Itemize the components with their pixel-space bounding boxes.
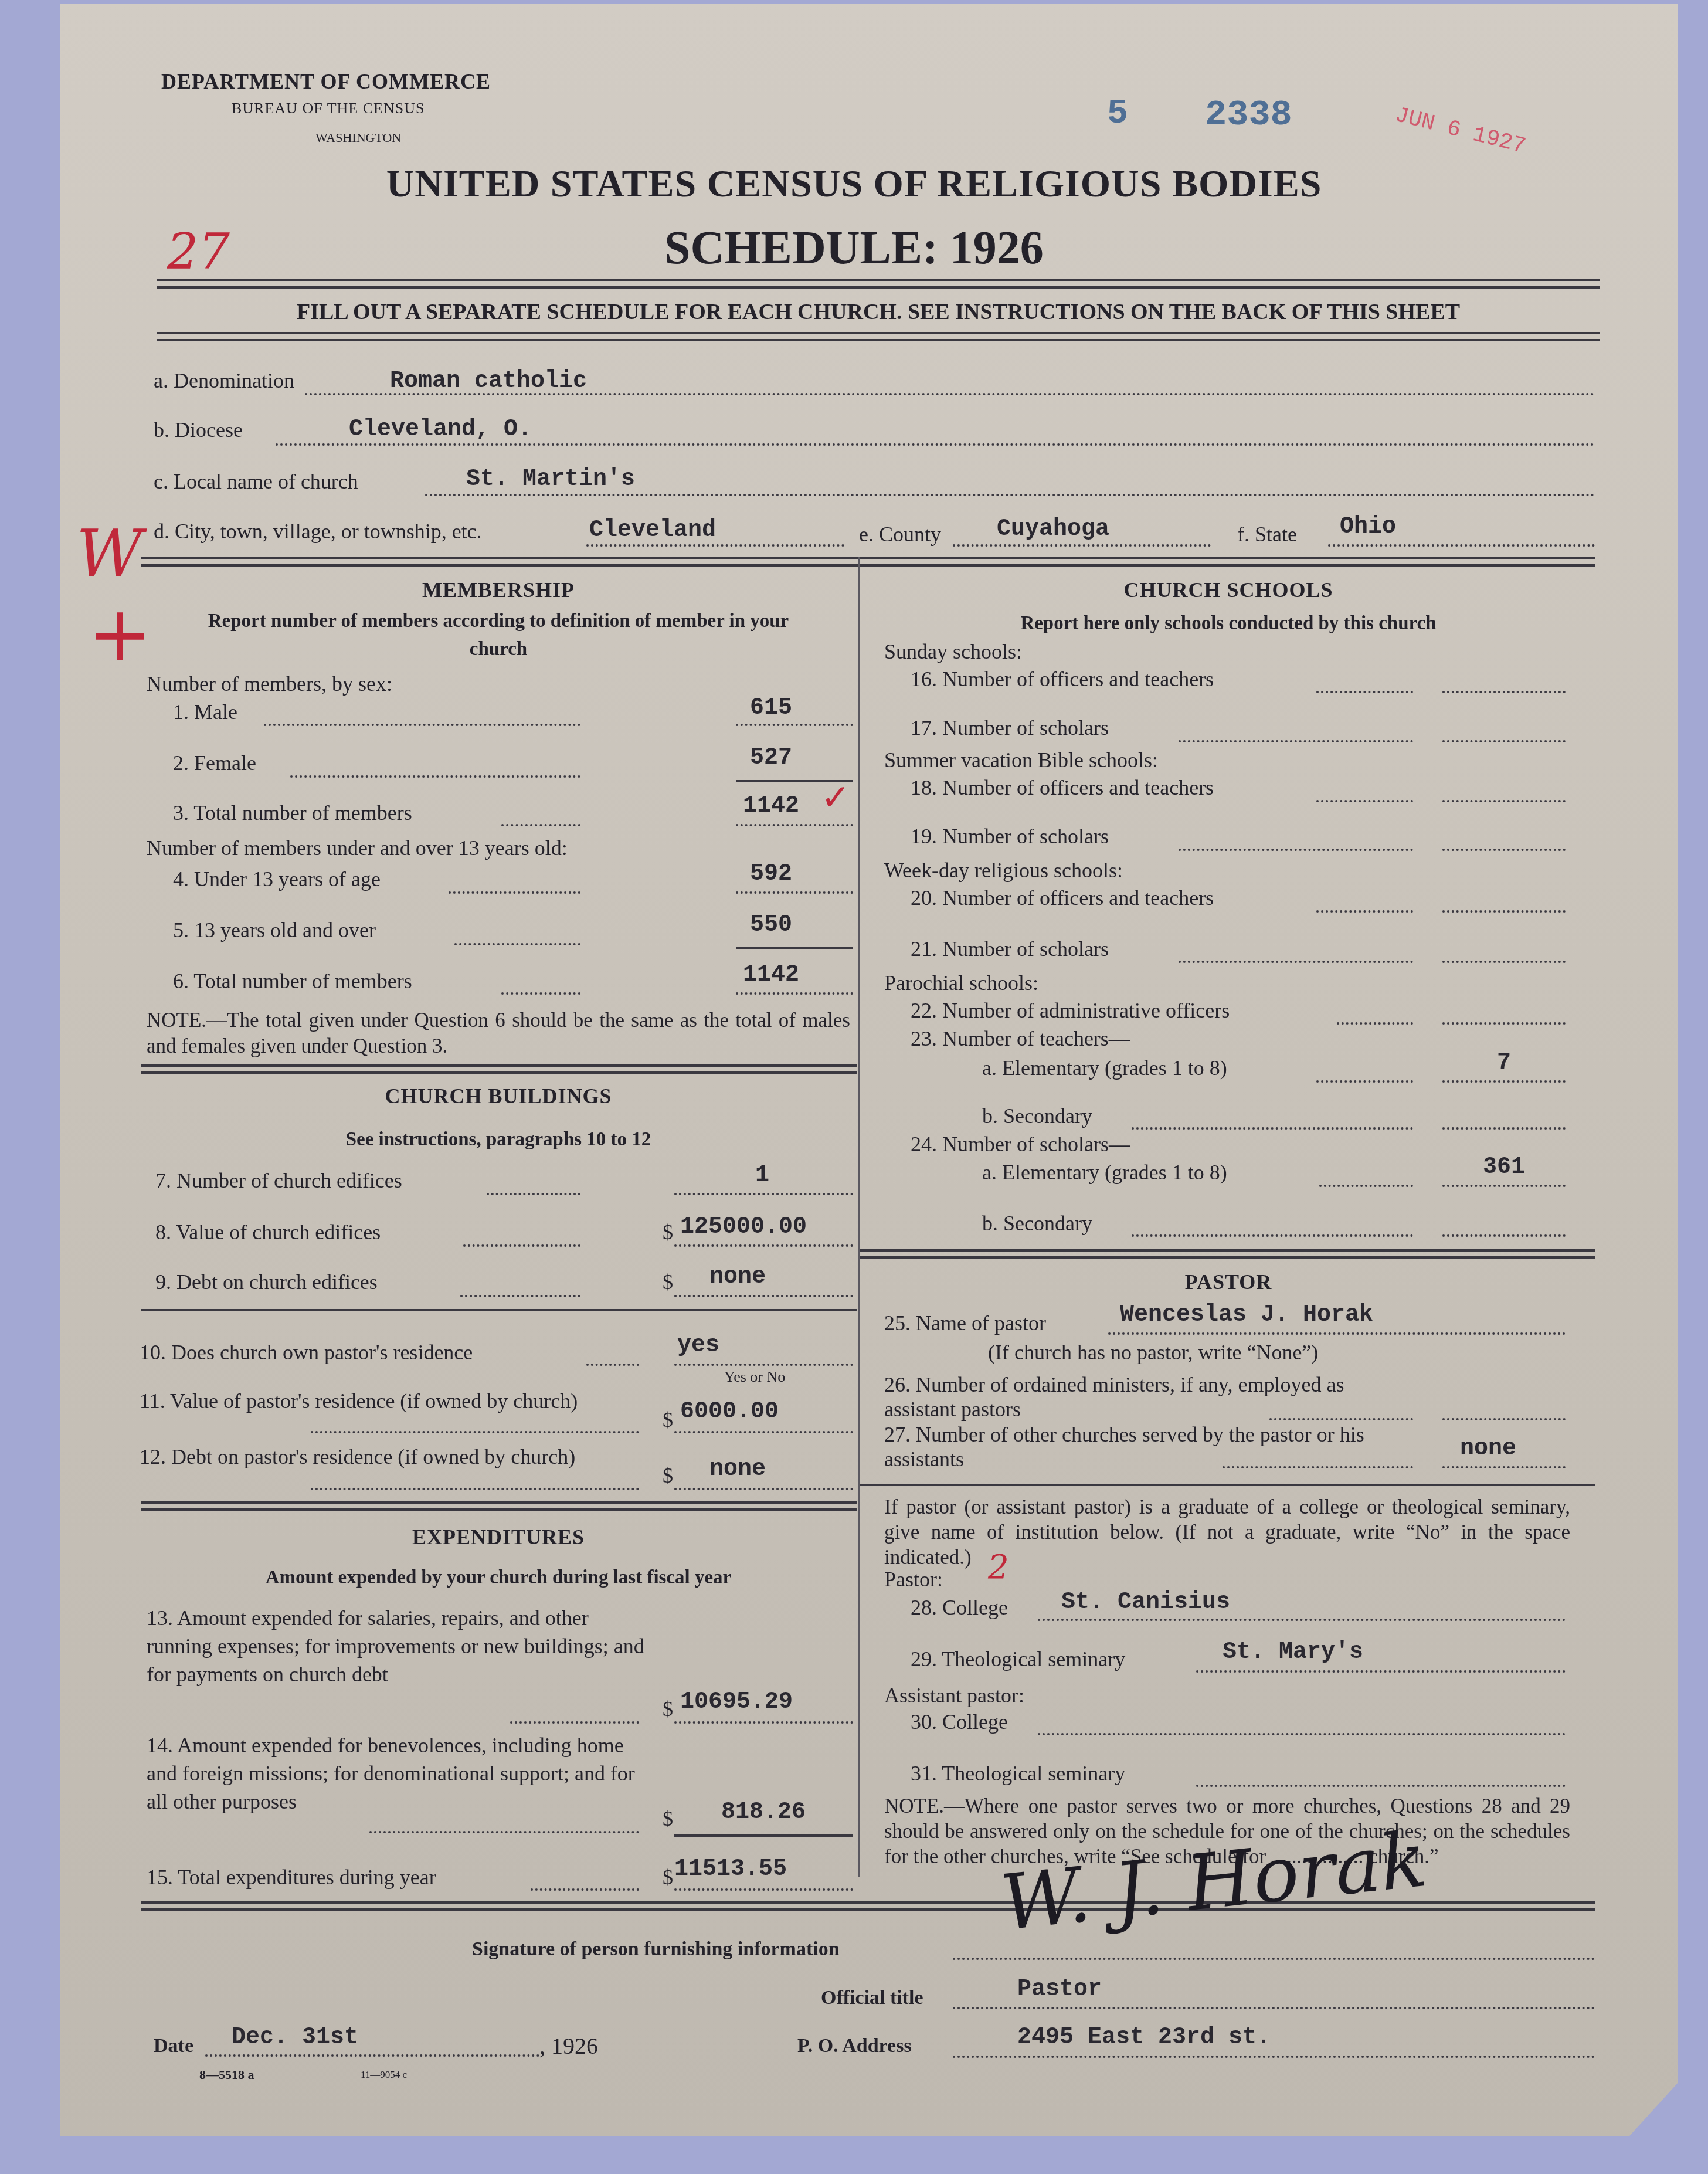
q9-dollar: $ [663, 1270, 673, 1294]
q13-running-expenses-field[interactable]: 10695.29 [680, 1689, 793, 1715]
q3-label: 3. Total number of members [173, 801, 412, 825]
q23a-label: a. Elementary (grades 1 to 8) [982, 1056, 1227, 1080]
city-label: d. City, town, village, or township, etc… [154, 519, 482, 544]
q2-female-field[interactable]: 527 [712, 745, 830, 771]
q9-line [674, 1295, 853, 1297]
year-label: , 1926 [539, 2032, 598, 2060]
form-number: 8—5518 a [199, 2067, 254, 2083]
q12-residence-debt-field[interactable]: none [709, 1456, 766, 1483]
po-address-line [953, 2056, 1595, 2058]
summer-schools-label: Summer vacation Bible schools: [884, 748, 1158, 772]
q7-edifices-field[interactable]: 1 [674, 1162, 850, 1189]
po-address-label: P. O. Address [797, 2035, 912, 2057]
q27-label: 27. Number of other churches served by t… [884, 1422, 1400, 1471]
column-divider [858, 557, 860, 1877]
q2-label: 2. Female [173, 751, 256, 775]
q9-leader [460, 1295, 580, 1297]
q24-label: 24. Number of scholars— [911, 1132, 1130, 1156]
q19-label: 19. Number of scholars [911, 824, 1109, 849]
pastor-subsection-label: Pastor: [884, 1567, 943, 1592]
date-label: Date [154, 2035, 193, 2057]
q4-leader [449, 891, 580, 894]
q20-label: 20. Number of officers and teachers [911, 886, 1214, 910]
local-name-field[interactable]: St. Martin's [466, 466, 635, 493]
print-number: 11—9054 c [361, 2069, 407, 2081]
red-margin-mark-plus: + [88, 589, 152, 679]
q23b-field [1442, 1127, 1566, 1130]
q23-label: 23. Number of teachers— [911, 1026, 1130, 1051]
q31-seminary-field[interactable] [1196, 1785, 1566, 1787]
q2-leader [290, 775, 580, 778]
q28-label: 28. College [911, 1595, 1008, 1620]
q20-leader [1316, 910, 1413, 913]
po-address-field[interactable]: 2495 East 23rd st. [1017, 2024, 1271, 2051]
q1-label: 1. Male [173, 700, 237, 724]
q21-field [1442, 961, 1566, 963]
q27-leader [1223, 1466, 1413, 1468]
q28-college-field[interactable]: St. Canisius [1061, 1589, 1230, 1616]
q20-field [1442, 910, 1566, 913]
q6-line [736, 992, 853, 995]
q7-line [674, 1193, 853, 1195]
q28-line [1038, 1619, 1566, 1621]
parochial-schools-label: Parochial schools: [884, 971, 1038, 995]
schedule-year: SCHEDULE: 1926 [0, 222, 1708, 275]
q10-label: 10. Does church own pastor's residence [140, 1340, 473, 1365]
q16-leader [1316, 691, 1413, 693]
state-line [1328, 544, 1595, 547]
red-checkmark: ✓ [821, 777, 850, 818]
q30-college-field[interactable] [1038, 1733, 1566, 1735]
q14-benevolences-field[interactable]: 818.26 [721, 1799, 806, 1826]
q10-owns-residence-field[interactable]: yes [677, 1332, 719, 1359]
q5-over13-field[interactable]: 550 [712, 912, 830, 938]
q29-line [1196, 1670, 1566, 1673]
q12-label: 12. Debt on pastor's residence (if owned… [140, 1443, 650, 1471]
q17-field [1442, 740, 1566, 742]
bureau-city: WASHINGTON [315, 130, 401, 145]
q8-label: 8. Value of church edifices [155, 1220, 381, 1244]
q18-leader [1316, 800, 1413, 802]
q3-leader [501, 824, 580, 826]
q8-leader [463, 1244, 580, 1247]
membership-note: NOTE.—The total given under Question 6 s… [147, 1008, 850, 1059]
q26-leader [1269, 1418, 1413, 1420]
q13-dollar: $ [663, 1697, 673, 1721]
county-line [953, 544, 1211, 547]
q29-seminary-field[interactable]: St. Mary's [1223, 1639, 1363, 1666]
expenditures-heading: EXPENDITURES [141, 1525, 856, 1549]
q11-residence-value[interactable]: 6000.00 [680, 1399, 779, 1425]
q8-value-field[interactable]: 125000.00 [680, 1214, 807, 1240]
schools-subheading: Report here only schools conducted by th… [862, 613, 1595, 635]
city-line [586, 544, 844, 547]
q24a-elementary-scholars-field[interactable]: 361 [1442, 1154, 1566, 1181]
q22-leader [1337, 1022, 1413, 1025]
local-name-line [425, 494, 1595, 496]
diocese-field[interactable]: Cleveland, O. [349, 416, 532, 443]
q14-sum-rule [674, 1834, 853, 1837]
q5-leader [454, 943, 580, 945]
q16-field [1442, 691, 1566, 693]
by-sex-label: Number of members, by sex: [147, 671, 392, 696]
signature-label: Signature of person furnishing informati… [472, 1938, 840, 1961]
buildings-subheading: See instructions, paragraphs 10 to 12 [141, 1129, 856, 1151]
q11-leader [311, 1431, 639, 1433]
membership-rule [141, 1064, 857, 1074]
q27-other-churches-field[interactable]: none [1460, 1436, 1516, 1462]
q1-leader [264, 724, 580, 726]
department-name: DEPARTMENT OF COMMERCE [161, 69, 491, 94]
red-pencil-mark-2: 2 [988, 1548, 1009, 1586]
bureau-name: BUREAU OF THE CENSUS [232, 100, 425, 117]
weekday-schools-label: Week-day religious schools: [884, 858, 1123, 883]
date-field[interactable]: Dec. 31st [232, 2024, 358, 2051]
official-title-label: Official title [821, 1987, 923, 2009]
header-rule [157, 279, 1600, 289]
q25-label: 25. Name of pastor [884, 1311, 1046, 1335]
q12-leader [311, 1488, 639, 1490]
q12-line [674, 1488, 853, 1490]
q22-label: 22. Number of administrative officers [911, 998, 1230, 1023]
q14-leader [369, 1831, 639, 1833]
q26-field [1442, 1418, 1566, 1420]
county-field[interactable]: Cuyahoga [997, 516, 1109, 542]
q15-leader [531, 1888, 639, 1891]
q1-line [736, 724, 853, 726]
red-pencil-mark-27: 27 [167, 223, 230, 280]
q13-leader [510, 1721, 639, 1724]
stamp-prefix: 5 [1107, 94, 1128, 134]
q13-label: 13. Amount expended for salaries, repair… [147, 1604, 651, 1688]
q24a-leader [1319, 1185, 1413, 1187]
q26-label: 26. Number of ordained ministers, if any… [884, 1372, 1400, 1422]
buildings-rule [141, 1501, 857, 1511]
q5-sum-rule [736, 947, 853, 949]
pastor-mid-rule [860, 1484, 1595, 1486]
instruction-banner: FILL OUT A SEPARATE SCHEDULE FOR EACH CH… [157, 299, 1600, 325]
q23a-line [1442, 1080, 1566, 1083]
q3-total-field[interactable]: 1142 [712, 793, 830, 819]
q8-line [674, 1244, 853, 1247]
q14-label: 14. Amount expended for benevolences, in… [147, 1731, 651, 1816]
state-label: f. State [1237, 522, 1297, 547]
q18-field [1442, 800, 1566, 802]
q24b-leader [1132, 1234, 1413, 1237]
pastor-heading: PASTOR [862, 1270, 1595, 1294]
official-title-line [953, 2007, 1595, 2009]
state-field[interactable]: Ohio [1340, 514, 1396, 540]
q8-dollar: $ [663, 1220, 673, 1244]
schools-rule [860, 1249, 1595, 1259]
q3-line [736, 824, 853, 826]
q24a-line [1442, 1185, 1566, 1187]
yes-or-no-hint: Yes or No [724, 1368, 785, 1386]
q25-hint: (If church has no pastor, write “None”) [988, 1340, 1318, 1365]
q10-leader [586, 1364, 639, 1366]
q23a-leader [1316, 1080, 1413, 1083]
q13-line [674, 1721, 853, 1724]
q15-total-expenditures-field[interactable]: 11513.55 [674, 1856, 787, 1883]
q4-line [736, 891, 853, 894]
q24b-label: b. Secondary [982, 1211, 1092, 1236]
red-margin-mark-w: W [76, 516, 142, 591]
header-rule-bottom [157, 332, 1600, 341]
q9-label: 9. Debt on church edifices [155, 1270, 378, 1294]
q11-line [674, 1431, 853, 1433]
buildings-heading: CHURCH BUILDINGS [141, 1084, 856, 1108]
local-name-label: c. Local name of church [154, 469, 358, 494]
q23b-label: b. Secondary [982, 1104, 1092, 1128]
q6-label: 6. Total number of members [173, 969, 412, 993]
q24b-field [1442, 1234, 1566, 1237]
q19-field [1442, 849, 1566, 851]
q24a-label: a. Elementary (grades 1 to 8) [982, 1160, 1227, 1185]
buildings-mid-rule [141, 1309, 857, 1311]
q7-label: 7. Number of church edifices [155, 1168, 402, 1193]
assistant-pastor-label: Assistant pastor: [884, 1683, 1024, 1708]
q11-dollar: $ [663, 1407, 673, 1432]
signature-line [953, 1958, 1595, 1960]
q25-line [1108, 1332, 1566, 1335]
q15-line [674, 1888, 853, 1891]
identification-rule [141, 557, 1595, 567]
denomination-field[interactable]: Roman catholic [390, 368, 587, 395]
q4-under13-field[interactable]: 592 [712, 861, 830, 887]
q16-label: 16. Number of officers and teachers [911, 667, 1214, 691]
diocese-label: b. Diocese [154, 418, 243, 442]
q29-label: 29. Theological seminary [911, 1647, 1125, 1671]
date-line [205, 2054, 539, 2057]
county-label: e. County [859, 522, 941, 547]
sunday-schools-label: Sunday schools: [884, 639, 1022, 664]
q10-line [674, 1364, 853, 1366]
by-age-label: Number of members under and over 13 year… [147, 836, 568, 860]
q1-male-field[interactable]: 615 [712, 695, 830, 721]
q21-leader [1179, 961, 1413, 963]
q23b-leader [1132, 1127, 1413, 1130]
q27-line [1442, 1466, 1566, 1468]
membership-subheading: Report number of members according to de… [199, 607, 797, 663]
q17-label: 17. Number of scholars [911, 715, 1109, 740]
q4-label: 4. Under 13 years of age [173, 867, 381, 891]
q6-total-field[interactable]: 1142 [712, 962, 830, 988]
diocese-line [276, 443, 1595, 446]
q18-label: 18. Number of officers and teachers [911, 775, 1214, 800]
membership-heading: MEMBERSHIP [141, 578, 856, 602]
q5-label: 5. 13 years old and over [173, 918, 376, 942]
city-field[interactable]: Cleveland [589, 517, 716, 544]
denomination-label: a. Denomination [154, 368, 294, 393]
q14-dollar: $ [663, 1806, 673, 1831]
q19-leader [1179, 849, 1413, 851]
q15-label: 15. Total expenditures during year [147, 1865, 436, 1890]
q11-label: 11. Value of pastor's residence (if owne… [140, 1387, 650, 1415]
graduate-instructions: If pastor (or assistant pastor) is a gra… [884, 1494, 1570, 1570]
q21-label: 21. Number of scholars [911, 937, 1109, 961]
stamp-number: 2338 [1205, 94, 1292, 135]
q7-leader [487, 1193, 580, 1195]
q30-label: 30. College [911, 1710, 1008, 1734]
expenditures-subheading: Amount expended by your church during la… [141, 1567, 856, 1589]
q9-debt-field[interactable]: none [709, 1264, 766, 1290]
q15-dollar: $ [663, 1865, 673, 1890]
q23a-elementary-teachers-field[interactable]: 7 [1442, 1050, 1566, 1076]
q17-leader [1179, 740, 1413, 742]
schools-heading: CHURCH SCHOOLS [862, 578, 1595, 602]
q22-field [1442, 1022, 1566, 1025]
official-title-field[interactable]: Pastor [1017, 1976, 1102, 2003]
form-title: UNITED STATES CENSUS OF RELIGIOUS BODIES [0, 162, 1708, 206]
q12-dollar: $ [663, 1463, 673, 1488]
pastor-name-field[interactable]: Wenceslas J. Horak [1120, 1302, 1373, 1328]
q31-label: 31. Theological seminary [911, 1761, 1125, 1786]
q6-leader [501, 992, 580, 995]
